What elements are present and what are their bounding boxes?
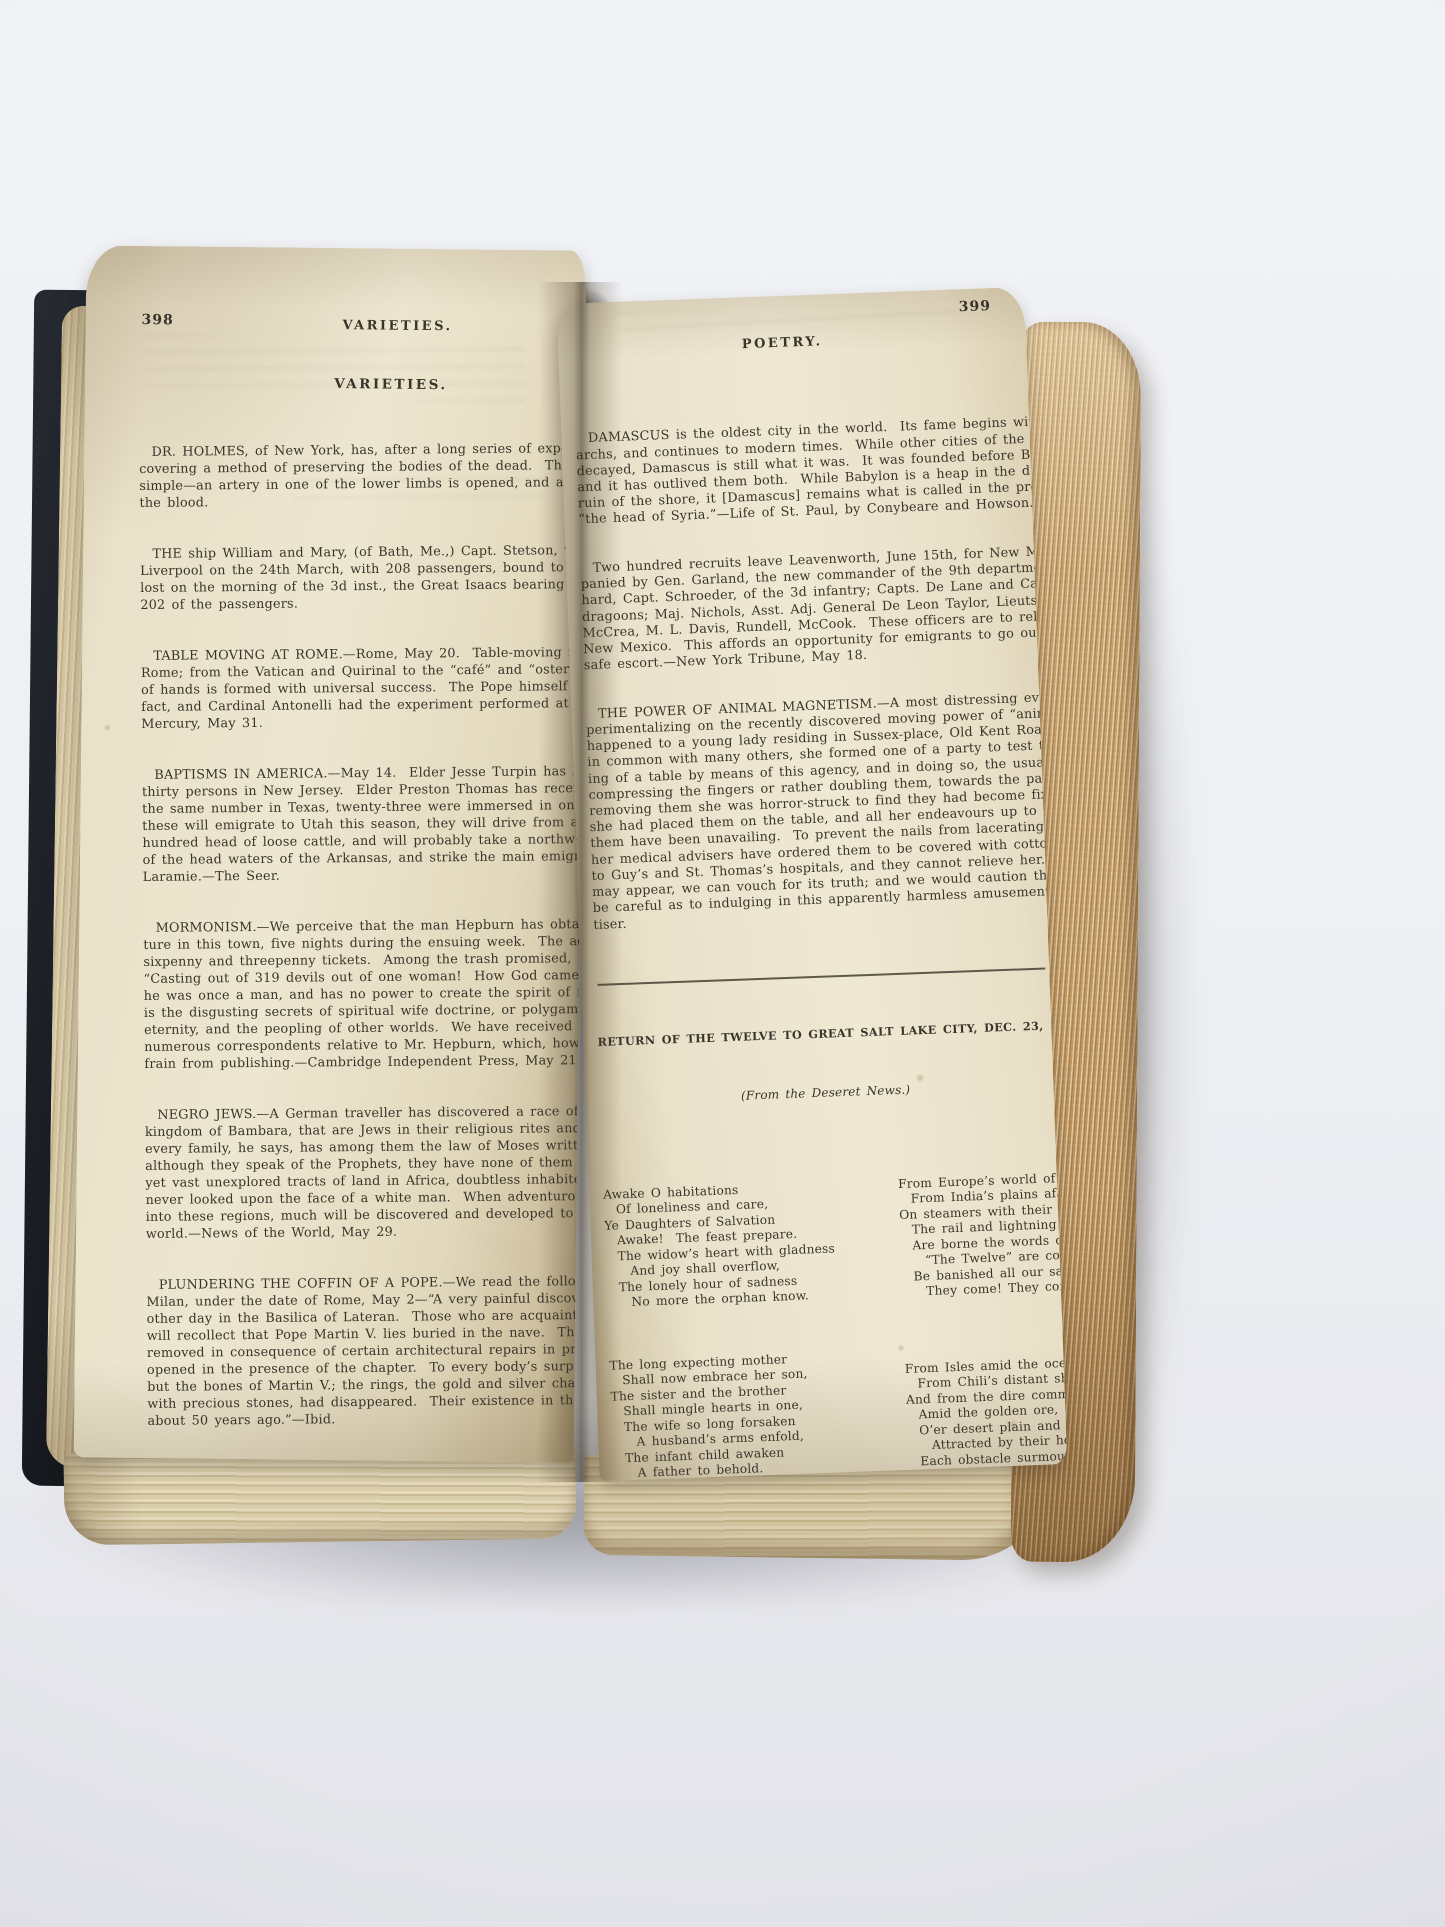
poem-column-2: From Europe’s world of wonders, From Ind… [897,1136,1068,1481]
paragraph-ship-william-and-mary: THE ship William and Mary, (of Bath, Me.… [140,541,587,614]
paragraph-negro-jews: NEGRO JEWS.—A German traveller has disco… [145,1102,587,1243]
poem-stanza: Awake O habitations Of loneliness and ca… [603,1177,902,1312]
running-head-left: VARIETIES. [342,318,452,334]
section-divider [598,968,1046,986]
page-399: POETRY. 399 DAMASCUS is the oldest city … [557,287,1068,1481]
paragraph-table-moving-at-rome: TABLE MOVING AT ROME.—Rome, May 20. Tabl… [141,643,587,733]
foxing-spot [103,724,111,732]
page-number-left: 398 [141,312,173,328]
poem-title: RETURN OF THE TWELVE TO GREAT SALT LAKE … [597,1017,1049,1050]
show-through-texture [617,299,958,337]
poem-column-1: Awake O habitations Of loneliness and ca… [602,1146,922,1481]
poem-stanza: From Europe’s world of wonders, From Ind… [898,1167,1068,1301]
poem-columns: Awake O habitations Of loneliness and ca… [602,1140,1068,1481]
paragraph-two-hundred-recruits: Two hundred recruits leave Leavenworth, … [580,545,1036,675]
paragraph-plundering-coffin-of-a-pope: PLUNDERING THE COFFIN OF A POPE.—We read… [146,1272,586,1430]
right-text-column: DAMASCUS is the oldest city in the world… [574,383,1067,1481]
left-text-column: DR. HOLMES, of New York, has, after a lo… [139,405,587,1463]
poem-stanza: From Isles amid the ocean, From Chili’s … [905,1352,1068,1482]
poem-stanza: The long expecting mother Shall now embr… [609,1348,908,1482]
paragraph-damascus: DAMASCUS is the oldest city in the world… [575,415,1030,529]
paragraph-dr-holmes: DR. HOLMES, of New York, has, after a lo… [139,439,586,512]
paragraph-baptisms-in-america: BAPTISMS IN AMERICA.—May 14. Elder Jesse… [142,762,587,886]
paragraph-animal-magnetism: THE POWER OF ANIMAL MAGNETISM.—A most di… [585,690,1045,933]
page-number-right: 399 [958,298,991,315]
section-title-varieties: VARIETIES. [334,376,448,393]
running-head-right: POETRY. [742,334,823,352]
page-398: 398 VARIETIES. VARIETIES. DR. HOLMES, of… [74,245,587,1462]
paragraph-mormonism: MORMONISM.—We perceive that the man Hepb… [143,915,586,1073]
poem-source: (From the Deseret News.) [600,1076,1052,1109]
photo-stage: 398 VARIETIES. VARIETIES. DR. HOLMES, of… [0,0,1445,1927]
